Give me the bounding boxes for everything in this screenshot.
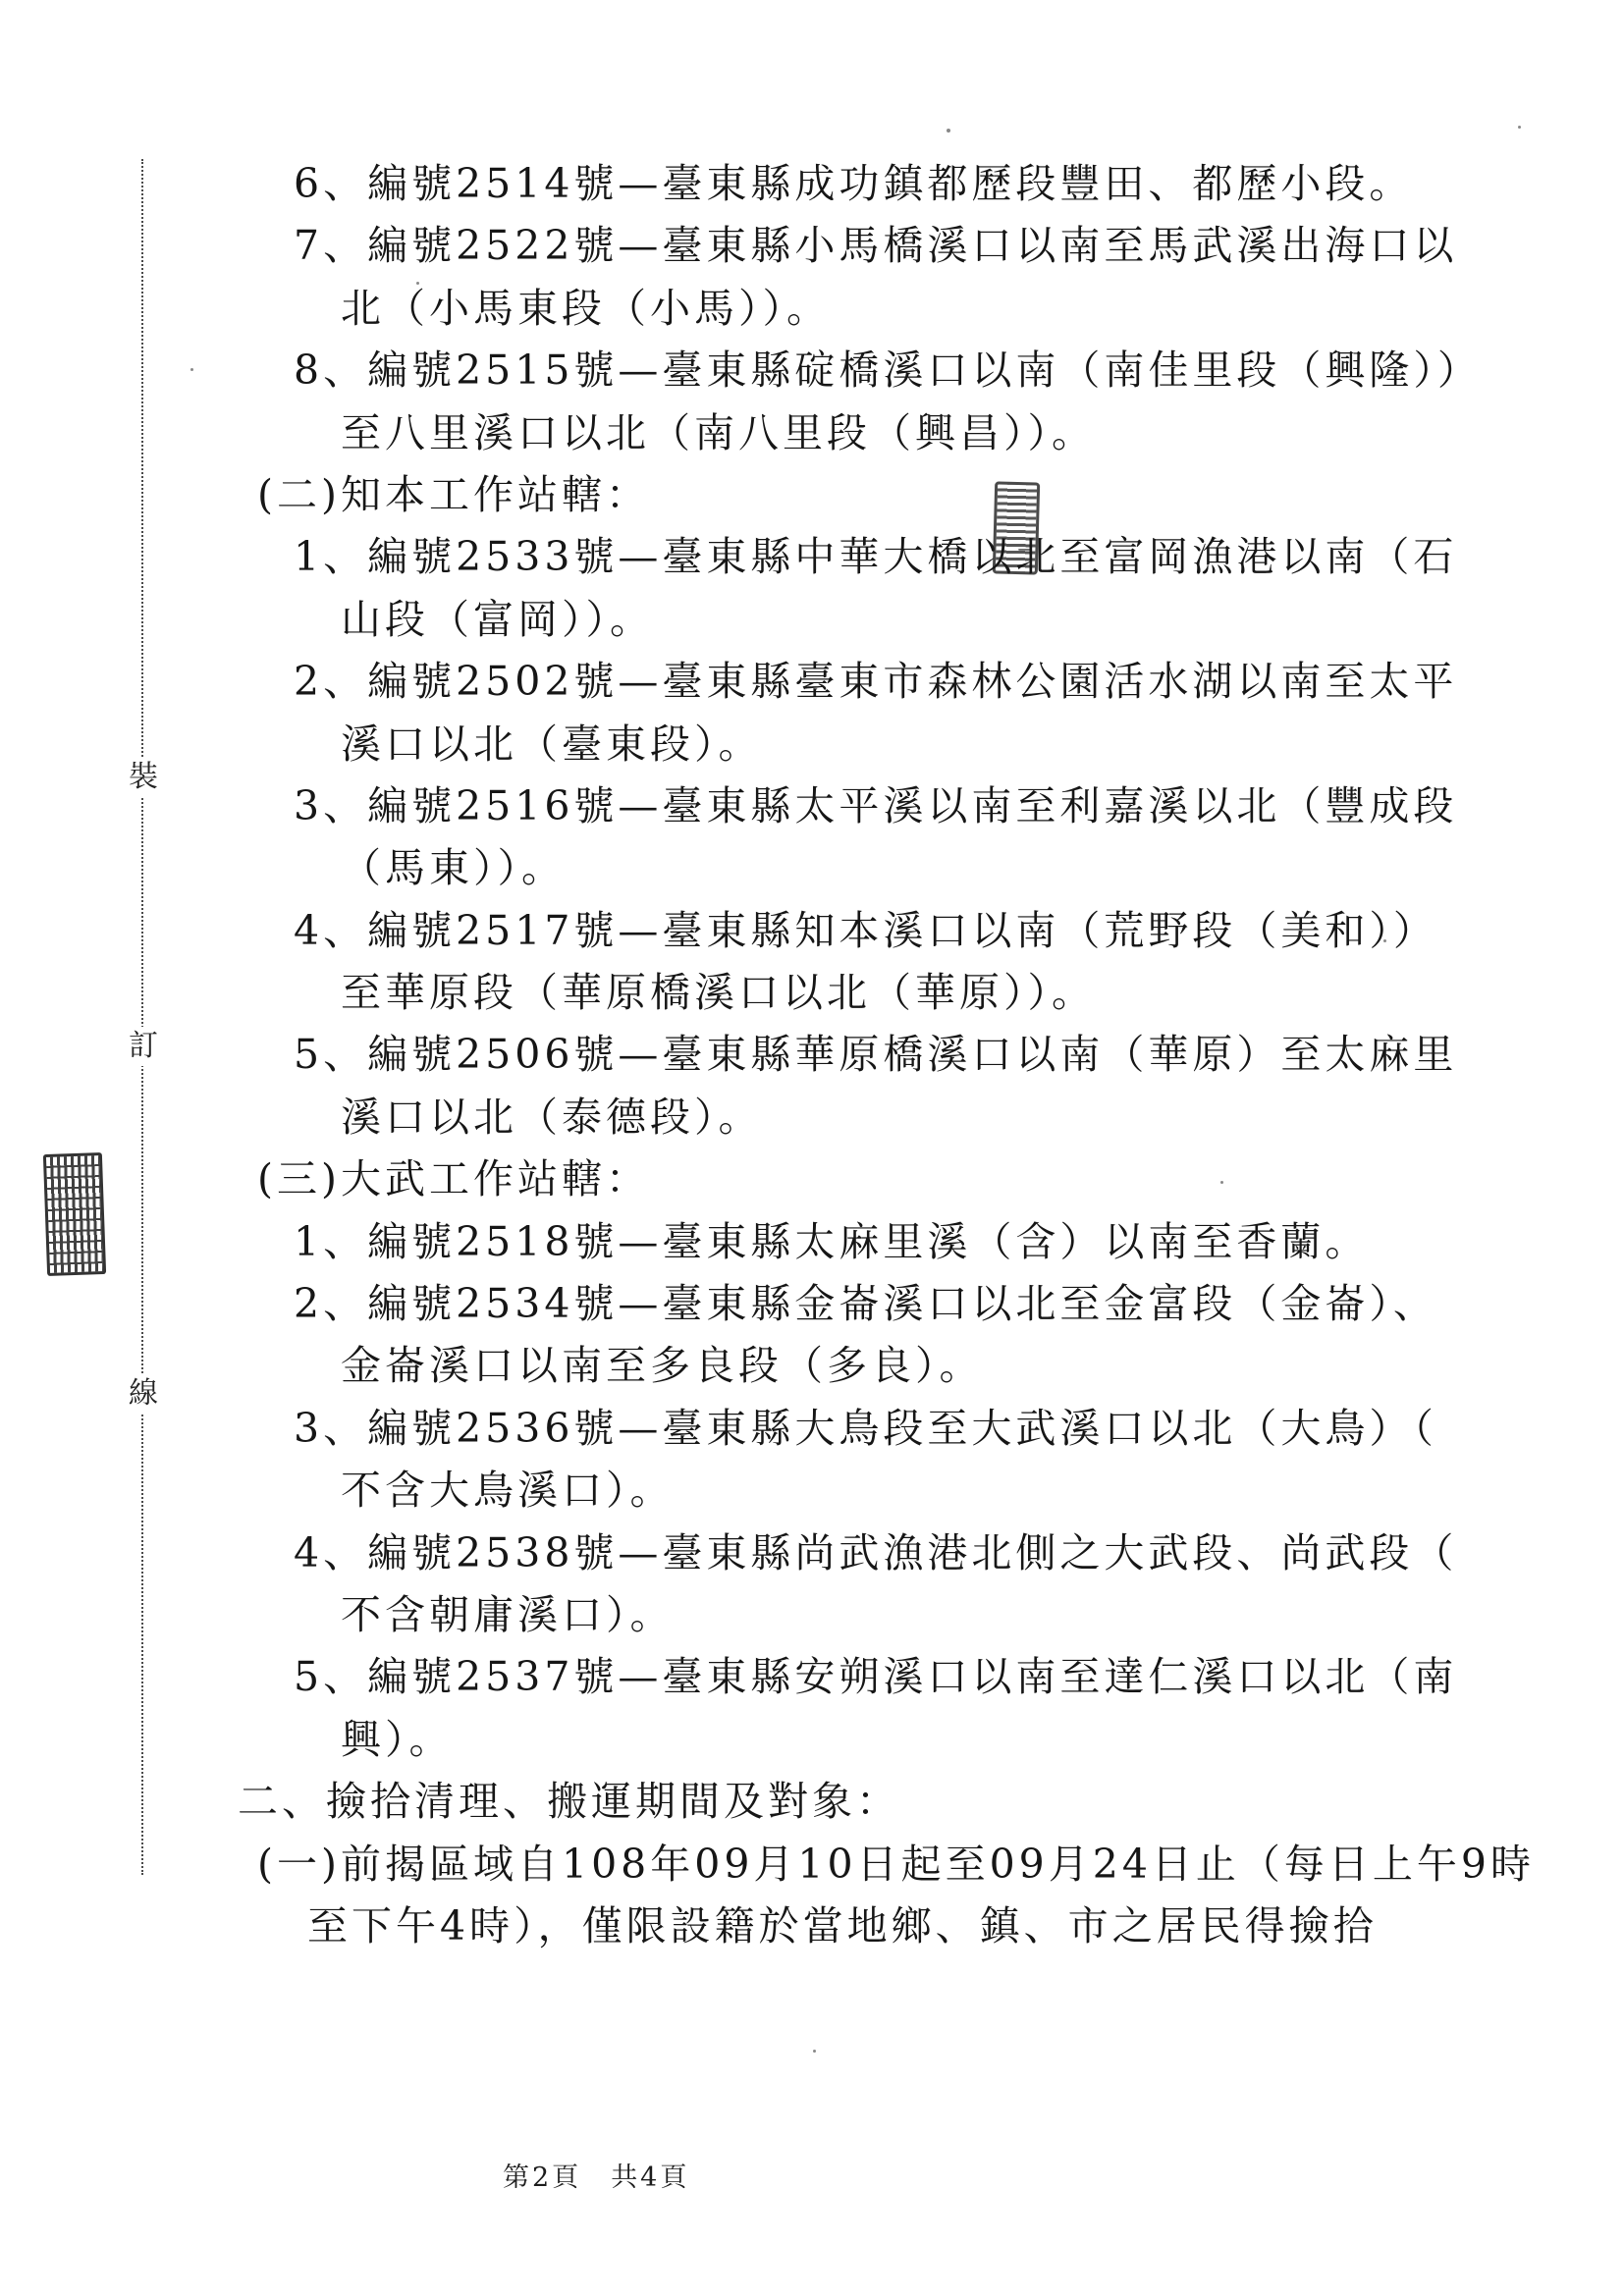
doc-line-item8: 8、編號2515號—臺東縣碇橋溪口以南（南佳里段（興隆）） xyxy=(294,340,1492,401)
doc-line-s2-item3: 3、編號2516號—臺東縣太平溪以南至利嘉溪以北（豐成段 xyxy=(294,775,1492,837)
scan-speck xyxy=(1383,939,1386,942)
doc-line-s3-item4: 4、編號2538號—臺東縣尚武漁港北側之大武段、尚武段（ xyxy=(294,1522,1492,1584)
ink-seal-left xyxy=(43,1152,106,1276)
doc-line-s3-item2-cont: 金崙溪口以南至多良段（多良）。 xyxy=(341,1335,1492,1397)
doc-line-s3-item5-cont: 興）。 xyxy=(341,1709,1492,1771)
scan-speck xyxy=(190,368,193,371)
subsection-3-heading: (三)大武工作站轄： xyxy=(257,1148,1492,1210)
doc-line-s3-item3: 3、編號2536號—臺東縣大鳥段至大武溪口以北（大鳥）（ xyxy=(294,1398,1492,1460)
doc-line-s3-item2: 2、編號2534號—臺東縣金崙溪口以北至金富段（金崙）、 xyxy=(294,1273,1492,1335)
doc-line-s3-item3-cont: 不含大鳥溪口）。 xyxy=(341,1460,1492,1522)
scan-speck xyxy=(813,2050,816,2053)
scan-speck xyxy=(1518,126,1521,129)
subsection-2-heading: (二)知本工作站轄： xyxy=(257,464,1492,526)
doc-line-item6: 6、編號2514號—臺東縣成功鎮都歷段豐田、都歷小段。 xyxy=(294,153,1492,215)
doc-line-s2-item4: 4、編號2517號—臺東縣知本溪口以南（荒野段（美和）） xyxy=(294,900,1492,962)
binding-mark-xian: 線 xyxy=(125,1374,162,1414)
document-body: 6、編號2514號—臺東縣成功鎮都歷段豐田、都歷小段。 7、編號2522號—臺東… xyxy=(236,153,1492,1957)
doc-line-item7: 7、編號2522號—臺東縣小馬橋溪口以南至馬武溪出海口以 xyxy=(294,215,1492,277)
doc-line-s3-item1: 1、編號2518號—臺東縣太麻里溪（含）以南至香蘭。 xyxy=(294,1211,1492,1273)
doc-line-item8-cont: 至八里溪口以北（南八里段（興昌））。 xyxy=(341,402,1492,464)
doc-line-item7-cont: 北（小馬東段（小馬））。 xyxy=(341,278,1492,340)
doc-line-s2-item4-cont: 至華原段（華原橋溪口以北（華原））。 xyxy=(341,962,1492,1024)
doc-line-s2sub1-cont: 至下午4時），僅限設籍於當地鄉、鎮、市之居民得撿拾 xyxy=(307,1896,1492,1957)
doc-line-s2-item3-cont: （馬東））。 xyxy=(341,837,1492,899)
total-pages: 共4頁 xyxy=(611,2163,689,2193)
scanned-document-page: 裝 訂 線 6、編號2514號—臺東縣成功鎮都歷段豐田、都歷小段。 7、編號25… xyxy=(0,0,1624,2296)
section-2-heading: 二、撿拾清理、搬運期間及對象： xyxy=(238,1771,1492,1833)
scan-speck xyxy=(947,129,950,133)
scan-speck xyxy=(1220,1181,1223,1184)
binding-dotted-line xyxy=(141,159,143,1875)
binding-mark-zhuang: 裝 xyxy=(125,758,162,797)
doc-line-s2-item1-cont: 山段（富岡））。 xyxy=(341,589,1492,651)
doc-line-s2-item1: 1、編號2533號—臺東縣中華大橋以北至富岡漁港以南（石 xyxy=(294,526,1492,588)
doc-line-s3-item4-cont: 不含朝庸溪口）。 xyxy=(341,1584,1492,1646)
page-footer: 第2頁共4頁 xyxy=(503,2156,689,2194)
doc-line-s2sub1: (一)前揭區域自108年09月10日起至09月24日止（每日上午9時 xyxy=(257,1834,1492,1896)
doc-line-s2-item2: 2、編號2502號—臺東縣臺東市森林公園活水湖以南至太平 xyxy=(294,651,1492,713)
doc-line-s2-item5-cont: 溪口以北（泰德段）。 xyxy=(341,1087,1492,1148)
scan-speck xyxy=(416,282,419,285)
doc-line-s2-item5: 5、編號2506號—臺東縣華原橋溪口以南（華原）至太麻里 xyxy=(294,1024,1492,1086)
doc-line-s3-item5: 5、編號2537號—臺東縣安朔溪口以南至達仁溪口以北（南 xyxy=(294,1646,1492,1708)
doc-line-s2-item2-cont: 溪口以北（臺東段）。 xyxy=(341,714,1492,775)
page-number: 第2頁 xyxy=(503,2163,581,2193)
binding-mark-ding: 訂 xyxy=(125,1027,162,1066)
